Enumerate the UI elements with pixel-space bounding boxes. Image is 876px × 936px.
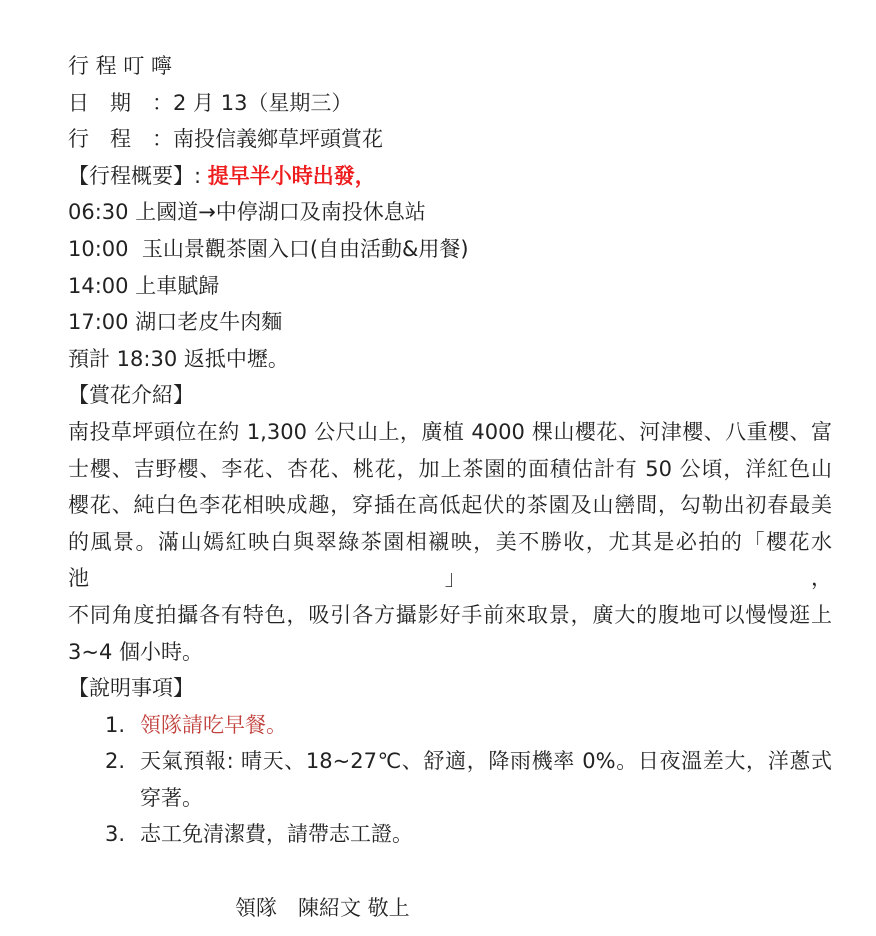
blank-line [68,853,832,890]
note-item-2-text-line-2: 穿著。 [140,780,832,817]
note-item-2-number: 2. [105,743,140,780]
flower-intro-line-3: 櫻花、純白色李花相映成趣，穿插在高低起伏的茶園及山巒間，勾勒出初春最美 [68,487,832,524]
note-item-3: 3. 志工免清潔費，請帶志工證。 [68,816,832,853]
note-item-1-text: 領隊請吃早餐。 [140,707,832,744]
schedule-line-1400: 14:00 上車賦歸 [68,268,832,305]
schedule-line-1700: 17:00 湖口老皮牛肉麵 [68,304,832,341]
note-item-2-number-spacer [105,780,140,817]
schedule-line-return: 預計 18:30 返抵中壢。 [68,341,832,378]
closing-signature: 領隊 陳紹文 敬上 [235,890,832,927]
note-item-3-text: 志工免清潔費，請帶志工證。 [140,816,832,853]
flower-intro-line-1: 南投草坪頭位在約 1,300 公尺山上，廣植 4000 棵山櫻花、河津櫻、八重櫻… [68,414,832,451]
flower-intro-line-4: 的風景。滿山嫣紅映白與翠綠茶園相襯映，美不勝收，尤其是必拍的「櫻花水池」， [68,524,832,597]
note-item-1-number: 1. [105,707,140,744]
note-item-2-continued: 穿著。 [68,780,832,817]
date-line: 日 期 ：2 月 13（星期三） [68,85,832,122]
flower-section-header: 【賞花介紹】 [68,377,832,414]
page-title: 行 程 叮 嚀 [68,48,832,85]
notes-section-header: 【說明事項】 [68,670,832,707]
note-item-2: 2. 天氣預報: 晴天、18~27℃、舒適，降雨機率 0%。日夜溫差大，洋蔥式 [68,743,832,780]
overview-header-line: 【行程概要】: 提早半小時出發， [68,158,832,195]
document-content: 行 程 叮 嚀 日 期 ：2 月 13（星期三） 行 程 ：南投信義鄉草坪頭賞花… [68,48,832,926]
note-item-1: 1. 領隊請吃早餐。 [68,707,832,744]
itinerary-line: 行 程 ：南投信義鄉草坪頭賞花 [68,121,832,158]
trip-notice-document: 行 程 叮 嚀 日 期 ：2 月 13（星期三） 行 程 ：南投信義鄉草坪頭賞花… [0,0,876,936]
note-item-2-text-line-1: 天氣預報: 晴天、18~27℃、舒適，降雨機率 0%。日夜溫差大，洋蔥式 [140,743,832,780]
overview-highlight: 提早半小時出發， [208,164,376,188]
note-item-3-number: 3. [105,816,140,853]
flower-intro-line-5: 不同角度拍攝各有特色，吸引各方攝影好手前來取景，廣大的腹地可以慢慢逛上 [68,597,832,634]
flower-intro-line-2: 士櫻、吉野櫻、李花、杏花、桃花，加上茶園的面積估計有 50 公頃，洋紅色山 [68,451,832,488]
flower-intro-line-6: 3~4 個小時。 [68,634,832,671]
overview-header-label: 【行程概要】: [68,164,208,188]
schedule-line-0630: 06:30 上國道→中停湖口及南投休息站 [68,194,832,231]
schedule-line-1000: 10:00 玉山景觀茶園入口(自由活動&用餐) [68,231,832,268]
